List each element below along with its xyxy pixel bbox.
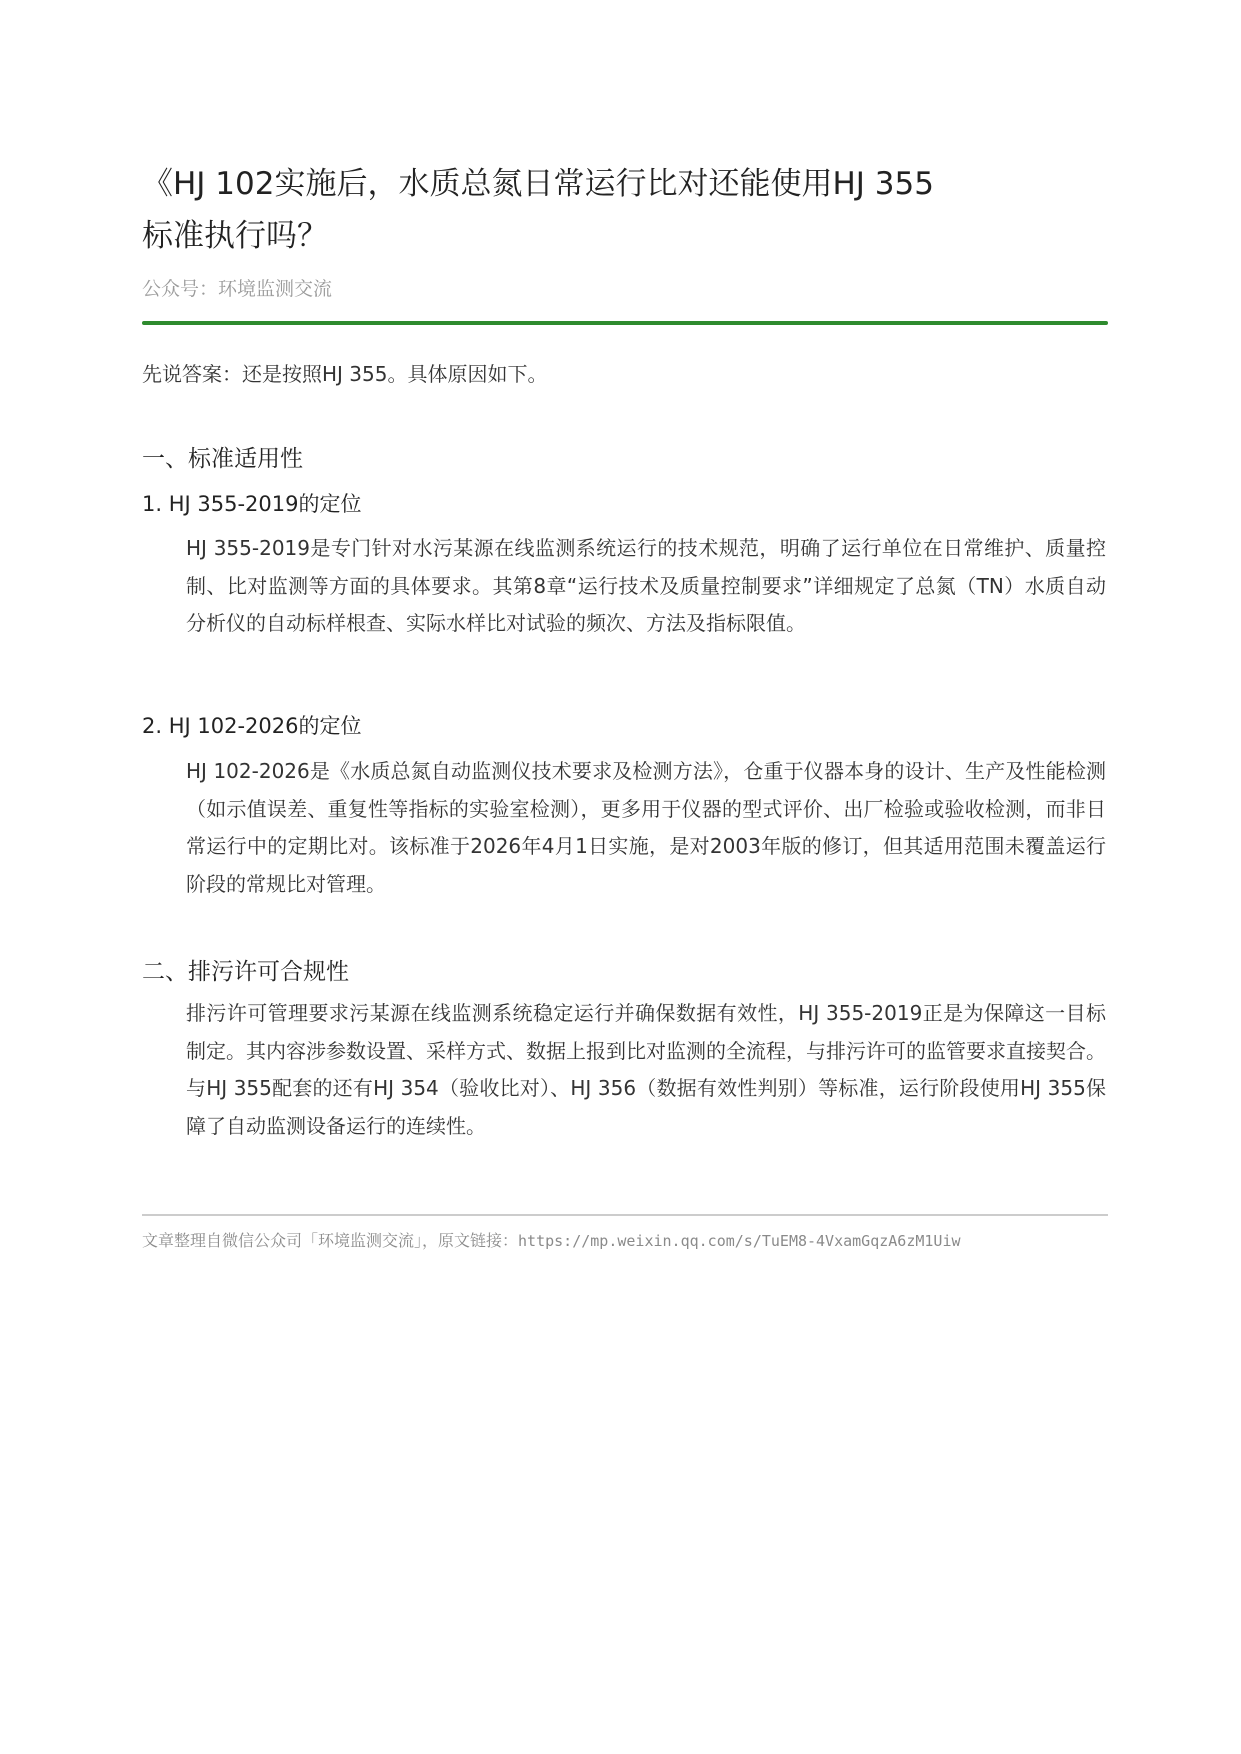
title-divider (142, 321, 1108, 325)
section-heading-permit: 二、排污许可合规性 (142, 953, 349, 986)
article-title: 《HJ 102实施后，水质总氮日常运行比对还能使用HJ 355标准执行吗？ (142, 158, 942, 262)
footer-attribution: 文章整理自微信公众司「环境监测交流」，原文链接：https://mp.weixi… (142, 1228, 961, 1251)
section-heading-applicability: 一、标准适用性 (142, 440, 303, 473)
intro-paragraph: 先说答案：还是按照HJ 355。具体原因如下。 (142, 358, 547, 387)
footer-prefix: 文章整理自微信公众司「环境监测交流」，原文链接： (142, 1231, 518, 1250)
subsection-heading-hj102: 2. HJ 102-2026的定位 (142, 710, 361, 740)
section-body-permit: 排污许可管理要求污某源在线监测系统稳定运行并确保数据有效性，HJ 355-201… (186, 995, 1106, 1145)
footer-divider (142, 1214, 1108, 1216)
subsection-body-hj355: HJ 355-2019是专门针对水污某源在线监测系统运行的技术规范，明确了运行单… (186, 530, 1106, 643)
article-source: 公众号：环境监测交流 (142, 274, 332, 301)
subsection-heading-hj355: 1. HJ 355-2019的定位 (142, 488, 361, 518)
source-link[interactable]: https://mp.weixin.qq.com/s/TuEM8-4VxamGq… (518, 1232, 961, 1250)
subsection-body-hj102: HJ 102-2026是《水质总氮自动监测仪技术要求及检测方法》，仓重于仪器本身… (186, 753, 1106, 903)
